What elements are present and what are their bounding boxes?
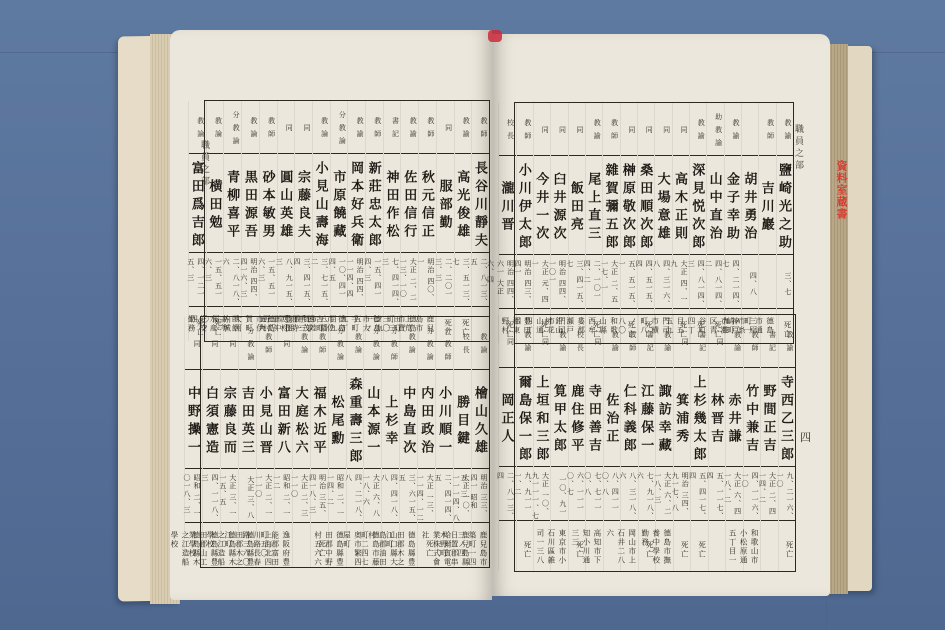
name-cell: 富田新八: [275, 370, 292, 469]
name-cell: 圓山英雄: [278, 154, 295, 253]
name-cell: 長谷川靜夫: [472, 154, 489, 253]
role-cell: 教諭: [656, 315, 672, 368]
name-cell: 深見悦次郎: [690, 156, 706, 255]
role-cell: 同: [203, 317, 220, 370]
name-cell: 佐田信行: [401, 154, 418, 253]
role-cell: 同: [569, 103, 585, 156]
role-cell: 同: [221, 317, 238, 370]
role-cell: 校長: [569, 315, 585, 368]
role-cell: 教師: [472, 101, 489, 154]
name-cell: 中島直次: [400, 370, 417, 469]
role-cell: 同: [551, 103, 567, 156]
roster-entry: 教師秋元信正明治 四〇、一鹿兒島市上荒田町三〇七: [418, 101, 436, 341]
roster-entry: 同寺田善吉七、七一一〇、八高知市下知小川通三三: [585, 315, 602, 571]
roster-entry: 教諭諏訪幸藏大正 六、二一八、三德島市撫養中學校勤務: [655, 315, 672, 571]
role-cell: 分教論: [418, 317, 435, 370]
roster-entry: 同白須憲造四、一一八、三德島縣豊田郡山工業學校: [202, 317, 220, 567]
role-cell: 教論: [189, 101, 206, 154]
dates-cell: 四、八: [742, 255, 758, 309]
roster-entry: 同臼井源次明治 四四、一〇一門司市花山通四丁目: [550, 103, 567, 343]
role-cell: 教諭: [604, 315, 620, 368]
name-cell: 吉田英三: [239, 370, 256, 469]
roster-entry: 同今井一次大正 元、四一死亡: [533, 103, 550, 343]
name-cell: 砂本敏男: [260, 154, 277, 253]
address-cell: 逸阪府豊能郡富田町五〇: [275, 523, 292, 567]
address-cell: 岡山市上石井二八六: [621, 521, 637, 571]
name-cell: 上杉幸: [382, 370, 399, 469]
roster-entry: 教師仁科義郎八、三一八、六岡山市上石井二八六: [620, 315, 637, 571]
dates-cell: 三、七: [777, 255, 793, 309]
roster-entry: 教諭深見悦次郎四、八一四、三死亡: [689, 103, 706, 343]
left-page: 職員之部 五 教師長谷川靜夫二、八一三、五教諭高光俊雄三、五一三、七死亡同服部勤…: [170, 30, 492, 600]
name-cell: 尾上直三: [586, 156, 602, 255]
address-cell: 死亡: [779, 521, 795, 571]
roster-entry: 書記野間正吉大正 二、四一四、二: [760, 315, 777, 571]
right-page-number: 四: [800, 429, 811, 445]
dates-cell: 大正 一〇、九一一一、七: [534, 467, 550, 521]
role-cell: 教師: [603, 103, 619, 156]
roster-entry: 教論黒田源吾明治 四四、四一六、三: [241, 101, 259, 341]
name-cell: 鹿住修平: [569, 368, 585, 467]
role-cell: 分教論: [329, 317, 346, 370]
role-cell: 同: [185, 317, 202, 370]
name-cell: 寺西乙三郎: [779, 368, 795, 467]
roster-entry: 教師福木近平明治 三五、四一八、三死亡: [310, 317, 328, 567]
address-cell: 鹿兒島市築町一四三ノ四: [472, 523, 489, 567]
role-cell: 教諭: [726, 315, 742, 368]
roster-entry: 同箕浦秀明治 三四、九一七、八死亡: [673, 315, 690, 571]
name-cell: 秋元信正: [419, 154, 436, 253]
role-cell: 同: [275, 317, 292, 370]
name-cell: 勝目鍵: [454, 370, 471, 469]
roster-entry: 教論小見山壽海三、七一五、二八幡市陸手三丁目: [312, 101, 330, 341]
roster-entry: 教諭鹽崎光之助三、七死亡: [776, 103, 793, 343]
name-cell: 山本源一: [364, 370, 381, 469]
role-cell: 教論: [207, 101, 224, 154]
name-cell: 宗藤良夫: [295, 154, 312, 253]
role-cell: 教諭: [725, 103, 741, 156]
name-cell: 黒田源吾: [242, 154, 259, 253]
roster-entry: 同宗藤良夫三、四一五、四賀茂郡寺西村二〇五九: [294, 101, 312, 341]
role-cell: 教諭: [777, 103, 793, 156]
roster-entry: 分教論山本源一大正 六、八一八、六德島市藤町二四七: [363, 317, 381, 567]
role-cell: 書記: [761, 315, 777, 368]
role-cell: 教論: [347, 317, 364, 370]
role-cell: 教諭: [401, 101, 418, 154]
role-cell: 同: [278, 101, 295, 154]
right-lower-table: 教諭寺西乙三郎九、二一六、一〇死亡書記野間正吉大正 二、四一四、二教師竹中兼吉四…: [514, 314, 796, 572]
roster-entry: 教論中島直次三、六一五、五德島縣豊田郡木之江町: [399, 317, 417, 567]
roster-entry: 同圓山英雄八、九一五、三豊田郡中野村: [277, 101, 295, 341]
name-cell: 横田勉: [207, 154, 224, 253]
role-cell: 教師: [366, 101, 383, 154]
address-cell: 死亡: [674, 521, 690, 571]
role-cell: 同: [534, 315, 550, 368]
role-cell: 書記: [384, 101, 401, 154]
role-cell: 教論: [472, 317, 489, 370]
roster-entry: 教論森重壽三郎四、二一八、八奥市繁四屋町: [346, 317, 364, 567]
role-cell: 書記: [639, 315, 655, 368]
role-cell: 書記: [691, 315, 707, 368]
name-cell: 檜山久雄: [472, 370, 489, 469]
name-cell: 神田作松: [384, 154, 401, 253]
roster-entry: 分教師上杉幸四、四一八、八山口縣大島郡油田村: [381, 317, 399, 567]
name-cell: 富田爲吉郎: [189, 154, 206, 253]
role-cell: 分教論: [331, 101, 348, 154]
roster-entry: 同中野操一昭和 二、一〇一八、三德島縣木之江造船學校: [184, 317, 202, 567]
name-cell: 福木近平: [311, 370, 328, 469]
roster-entry: 教師小見山晋大正 二、一一一〇上海北四川路長春路三六〇: [256, 317, 274, 567]
dates-cell: [759, 255, 775, 309]
name-cell: 大庭松六: [293, 370, 310, 469]
role-cell: 同: [674, 315, 690, 368]
role-cell: 分教師: [436, 317, 453, 370]
name-cell: 松尾勳: [329, 370, 346, 469]
name-cell: 高光俊雄: [455, 154, 472, 253]
role-cell: 同: [621, 103, 637, 156]
roster-entry: 教師長谷川靜夫二、八一三、五: [471, 101, 489, 341]
role-cell: 同: [437, 101, 454, 154]
address-cell: 高知市下知小川通三三: [586, 521, 602, 571]
name-cell: 竹中兼吉: [744, 368, 760, 467]
roster-entry: 同岡正人二、八一三、四: [498, 315, 515, 571]
role-cell: 教論: [400, 317, 417, 370]
roster-entry: 教師砂本敏男一五、五一六、三德島市伊賀町大河内城屋一〇ノ四: [259, 101, 277, 341]
role-cell: 教諭: [348, 101, 365, 154]
name-cell: 鹽崎光之助: [777, 156, 793, 255]
role-cell: 同: [655, 103, 671, 156]
role-cell: 教師: [744, 315, 760, 368]
role-cell: 同: [534, 103, 550, 156]
name-cell: 白須憲造: [203, 370, 220, 469]
address-cell: 德島縣豊田郡木之江町: [400, 523, 417, 567]
role-cell: 教諭: [517, 315, 533, 368]
role-cell: 教師: [419, 101, 436, 154]
role-cell: 同: [673, 103, 689, 156]
roster-entry: 教諭寺西乙三郎九、二一六、一〇死亡: [778, 315, 795, 571]
role-cell: 教論: [313, 101, 330, 154]
role-cell: 教論: [242, 101, 259, 154]
roster-entry: 分教論市原饒藏一〇、四一四、五德島市佐古町三丁目一〇〇一: [330, 101, 348, 341]
roster-entry: 分教論青柳喜平二、八一八、六函館高等水産分校勤務: [223, 101, 241, 341]
roster-entry: 同林晋吉五、一一七、四: [708, 315, 725, 571]
role-cell: 教諭: [551, 315, 567, 368]
role-cell: 教師: [517, 103, 533, 156]
roster-entry: 教師雜賀彌五郎大正 二、五一七、一和歌山縣西牟婁郡瀬戸鉛山村: [602, 103, 619, 343]
address-cell: [709, 521, 725, 571]
roster-entry: 校長勝目鍵大正 一〇、一一一四、八鹿兒島縣日置郡串木野町: [453, 317, 471, 567]
roster-entry: 教諭筧甲太郎一〇、九一東京市小石川區雑司一三八: [550, 315, 567, 571]
name-cell: 宗藤良而: [221, 370, 238, 469]
role-cell: 同: [295, 101, 312, 154]
roster-entry: 分教論松尾勳昭和 二、一一四、二德島縣豊田郡中野村五六六: [328, 317, 346, 567]
role-cell: 分教論: [224, 101, 241, 154]
roster-entry: 教論横田勉一五、五一六、三死亡: [206, 101, 224, 341]
roster-entry: 教師新莊忠太郎一五、四一四、三德島市大手町九丁目九三二四ノ一: [365, 101, 383, 341]
name-cell: 桑田順次郎: [638, 156, 654, 255]
role-cell: 校長: [499, 103, 515, 156]
role-cell: 分教師: [382, 317, 399, 370]
name-cell: 箕浦秀: [674, 368, 690, 467]
role-cell: 同: [586, 315, 602, 368]
dates-cell: 四、二一四、七: [725, 255, 741, 309]
roster-entry: 同服部勤二、二〇一三、三死亡: [436, 101, 454, 341]
name-cell: 林晋吉: [709, 368, 725, 467]
name-cell: 服部勤: [437, 154, 454, 253]
name-cell: 中野操一: [185, 370, 202, 469]
roster-entry: 教諭佐田信行大正 二、二一三、一〇德島市寶町三ノ九一ノ五: [400, 101, 418, 341]
name-cell: 今井一次: [534, 156, 550, 255]
right-upper-table: 教諭鹽崎光之助三、七死亡教師吉川巖德島市通町一ノ二九二胡井勇治四、八三原市糸崎町…: [514, 102, 794, 344]
role-cell: [742, 103, 758, 156]
name-cell: 江藤保一: [639, 368, 655, 467]
roster-entry: 胡井勇治四、八三原市糸崎町: [741, 103, 758, 343]
roster-entry: 校長瀧川晋明治 四四、六一 大正 六、四死亡: [498, 103, 515, 343]
dates-cell: 九、二一六、一〇: [779, 467, 795, 521]
role-cell: 教師: [621, 315, 637, 368]
role-cell: 教師: [759, 103, 775, 156]
roster-entry: 教諭高光俊雄三、五一三、七死亡: [454, 101, 472, 341]
ribbon-marker: [488, 30, 502, 42]
roster-entry: 分教論吉田英三大正 三、八德島縣豊田郡木之江町: [238, 317, 256, 567]
address-cell: 東京市小石川區雑司一三八: [551, 521, 567, 571]
roster-entry: 同大場意雄四、三一六、八門司市横町八ノ二八〇: [654, 103, 671, 343]
name-cell: 新莊忠太郎: [366, 154, 383, 253]
role-cell: 校長: [454, 317, 471, 370]
roster-entry: 教師竹中兼吉四、一一六、一〇和歌山市小松原通五丁目一: [743, 315, 760, 571]
roster-entry: 教論富田爲吉郎四、一二一五、三死亡: [188, 101, 206, 341]
address-cell: 死亡: [517, 521, 533, 571]
roster-entry: 同桑田順次郎四、五一五、四死亡: [637, 103, 654, 343]
dates-cell: 明治 三三、四一 昭和 五、三: [472, 469, 489, 523]
roster-entry: 書記神田作松七、四一四、三: [383, 101, 401, 341]
left-lower-table: 教論檜山久雄明治 三三、四一 昭和 五、三鹿兒島市築町一四三ノ四校長勝目鍵大正 …: [200, 316, 490, 568]
name-cell: 小見山晋: [257, 370, 274, 469]
role-cell: 教論: [293, 317, 310, 370]
name-cell: 森重壽三郎: [347, 370, 364, 469]
address-cell: [761, 521, 777, 571]
role-cell: 教諭: [455, 101, 472, 154]
roster-entry: 教論檜山久雄明治 三三、四一 昭和 五、三鹿兒島市築町一四三ノ四: [471, 317, 489, 567]
left-upper-table: 教師長谷川靜夫二、八一三、五教諭高光俊雄三、五一三、七死亡同服部勤二、二〇一三、…: [204, 100, 490, 342]
name-cell: 青柳喜平: [224, 154, 241, 253]
role-cell: 教師: [257, 317, 274, 370]
roster-entry: 書記上杉幾太郎五、四一七、四死亡: [690, 315, 707, 571]
name-cell: 内田政治: [418, 370, 435, 469]
name-cell: 小川順一: [436, 370, 453, 469]
role-cell: 助教諭: [707, 103, 723, 156]
role-cell: 教諭: [690, 103, 706, 156]
roster-entry: 同宗藤良而大正 三、一一五、五德島縣木之江造船學校: [220, 317, 238, 567]
dates-cell: 大正 三、一一五、五: [221, 469, 238, 523]
name-cell: 市原饒藏: [331, 154, 348, 253]
right-page: 職員之部 四 教諭鹽崎光之助三、七死亡教師吉川巖德島市通町一ノ二九二胡井勇治四、…: [492, 34, 830, 596]
roster-entry: 分教論内田政治大正 一三、一一四、一二死亡: [417, 317, 435, 567]
name-cell: 上垣和三郎: [534, 368, 550, 467]
roster-entry: 教諭尾上直三二、一〇一四、二死亡: [585, 103, 602, 343]
role-cell: 教師: [260, 101, 277, 154]
role-cell: 同: [638, 103, 654, 156]
role-cell: 分教論: [239, 317, 256, 370]
name-cell: 小見山壽海: [313, 154, 330, 253]
role-cell: 同: [709, 315, 725, 368]
address-cell: 和歌山市小松原通五丁目一: [744, 521, 760, 571]
roster-entry: 分教師小川順一二、四一四、五哈爾賓電業株式會社: [435, 317, 453, 567]
role-cell: 教諭: [586, 103, 602, 156]
roster-entry: 教諭岡本好兵衛明治 四四、一一四、四: [347, 101, 365, 341]
name-cell: 岡本好兵衛: [348, 154, 365, 253]
roster-entry: 教論大庭松六大正 二、三一一〇: [292, 317, 310, 567]
role-cell: 分教論: [364, 317, 381, 370]
role-cell: 同: [499, 315, 515, 368]
address-cell: 死亡: [691, 521, 707, 571]
address-cell: [499, 521, 515, 571]
role-cell: 教諭: [779, 315, 795, 368]
name-cell: 佐治正: [604, 368, 620, 467]
name-cell: 胡井勇治: [742, 156, 758, 255]
role-cell: 教師: [311, 317, 328, 370]
roster-entry: 教諭爾島保一郎九、九一一一、二死亡: [516, 315, 533, 571]
roster-entry: 同富田新八昭和 二、一一二逸阪府豊能郡富田町五〇: [274, 317, 292, 567]
address-cell: 德島市撫養中學校勤務: [656, 521, 672, 571]
address-cell: [293, 523, 310, 567]
